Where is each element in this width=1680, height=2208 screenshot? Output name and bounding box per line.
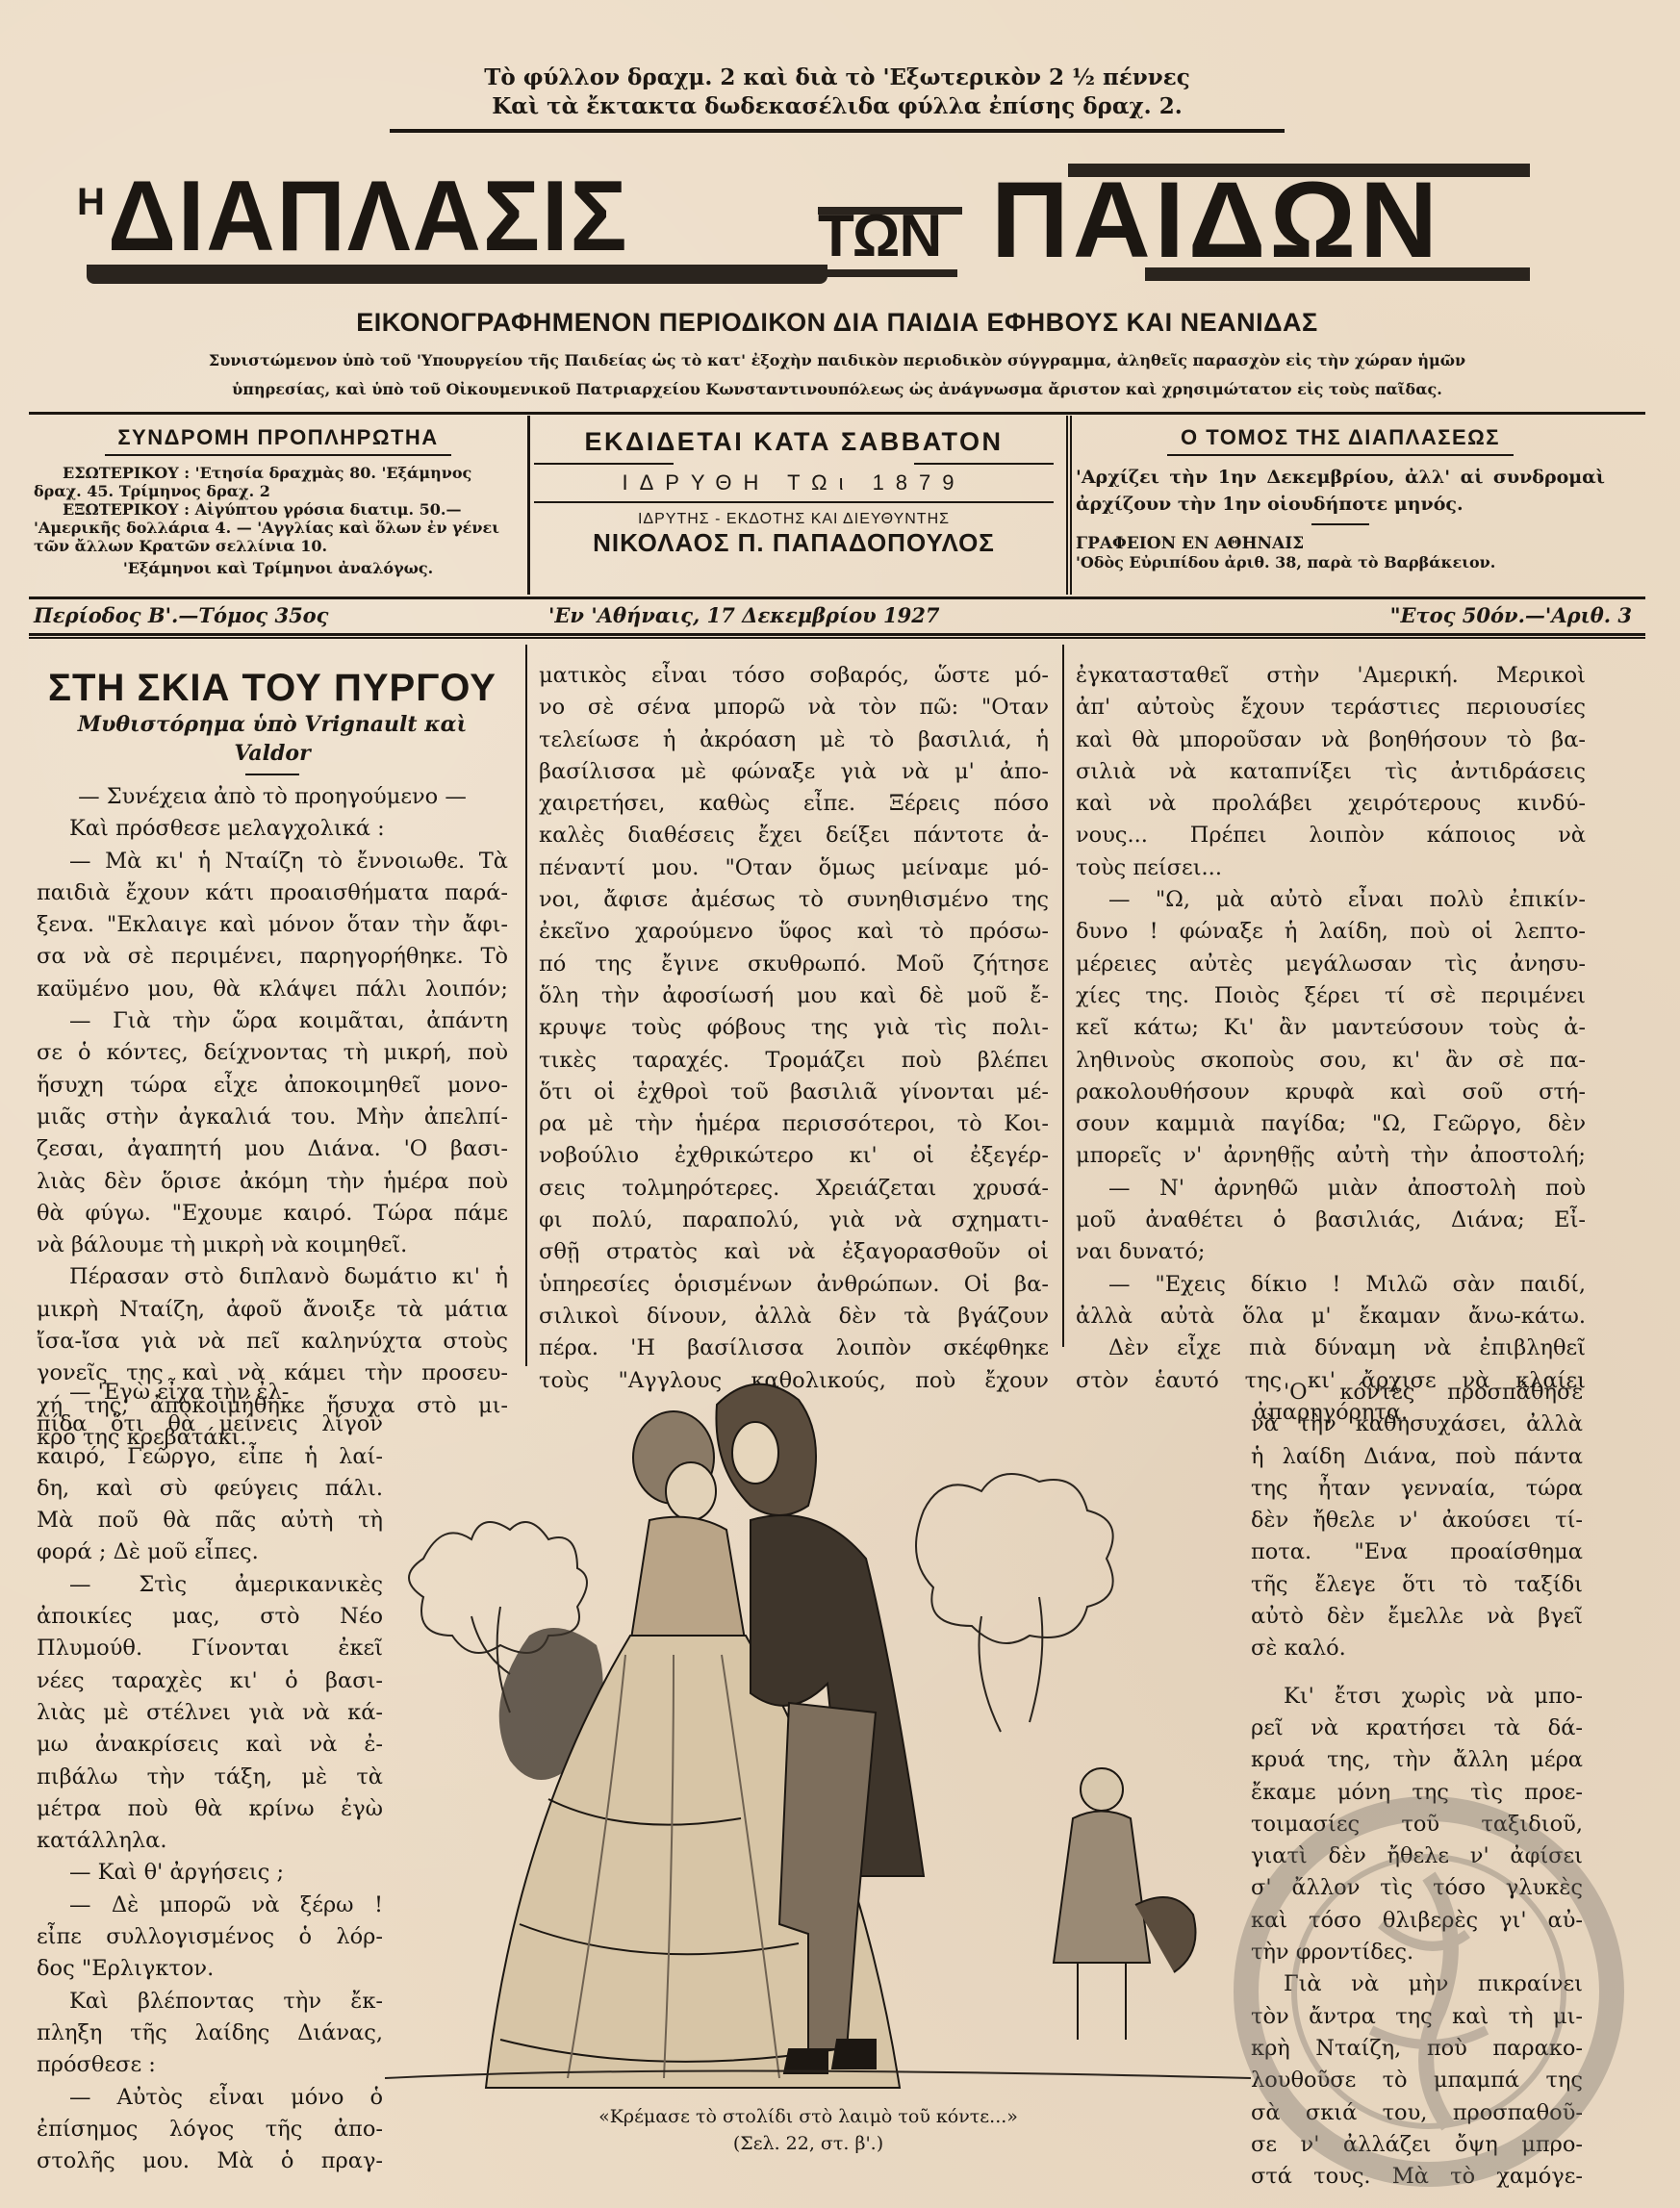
text-line: ὅτι οἱ ἐχθροὶ τοῦ βασιλιᾶ γίνονται μέ- — [539, 1077, 1049, 1108]
text-line: πληξη τῆς λαίδης Διάνας, — [37, 2018, 383, 2049]
text-line: φορά ; Δὲ μοῦ εἶπες. — [37, 1536, 383, 1568]
text-line: βασίλισσα μὲ φώναξε γιὰ νὰ μ' ἀπο- — [539, 756, 1049, 788]
illustration-caption: «Κρέμασε τὸ στολίδι στὸ λαιμὸ τοῦ κόντε.… — [520, 2103, 1097, 2157]
divider — [1167, 454, 1514, 456]
text-line: πό της ἔγινε σκυθρωπό. Μοῦ ζήτησε — [539, 949, 1049, 980]
text-line: ρα μὲ τὴν ἡμέρα περισσότεροι, τὸ Κοι- — [539, 1108, 1049, 1140]
story-column-3: ἐγκατασταθεῖ στὴν 'Αμερική. Μερικοὶ ἀπ' … — [1076, 660, 1586, 1429]
masthead-underbar — [87, 265, 827, 284]
text-line: — Γιὰ τὴν ὥρα κοιμᾶται, ἀπάντη — [37, 1005, 508, 1037]
text-line: ναι δυνατό; — [1076, 1236, 1586, 1268]
text-line: εἶπε συλλογισμένος ὁ λόρ- — [37, 1921, 383, 1953]
text-line: καὶ θὰ μποροῦσαν νὰ βοηθήσουν τὸ βα- — [1076, 724, 1586, 756]
divider — [29, 596, 1645, 599]
masthead-title-paidon: ΠΑΙΔΩΝ — [991, 164, 1441, 277]
masthead-article: Η — [77, 181, 103, 224]
column-divider — [1066, 416, 1072, 595]
caption-quote: «Κρέμασε τὸ στολίδι στὸ λαιμὸ τοῦ κόντε.… — [520, 2103, 1097, 2130]
recommendation: Συνιστώμενον ὑπὸ τοῦ 'Υπουργείου τῆς Παι… — [91, 346, 1583, 404]
text-line: — Αὐτὸς εἶναι μόνο ὁ — [37, 2082, 383, 2114]
subscription-domestic: ΕΣΩΤΕΡΙΚΟΥ : 'Ετησία δραχμὰς 80. 'Εξάμην… — [34, 464, 522, 482]
archive-stamp — [1227, 1789, 1631, 2194]
divider — [534, 501, 1054, 503]
text-line: μέτρα ποὺ θὰ κρίνω ἐγὼ — [37, 1793, 383, 1825]
text-line: — Μὰ κι' ἡ Νταίζη τὸ ἔννοιωθε. Τὰ — [37, 846, 508, 877]
text-line: καλὲς διαθέσεις ἔχει δείξει πάντοτε ἀ- — [539, 820, 1049, 851]
story-column-2: ματικὸς εἶναι τόσο σοβαρός, ὥστε μό- νο … — [539, 660, 1049, 1397]
office-heading: ΓΡΑΦΕΙΟΝ ΕΝ ΑΘΗΝΑΙΣ — [1076, 535, 1605, 553]
text-line: Πέρασαν στὸ διπλανὸ δωμάτιο κι' ἡ — [37, 1261, 508, 1293]
text-line: λιὰς μὲ στέλνει γιὰ νὰ κά- — [37, 1697, 383, 1729]
text-line: Μὰ ποῦ θὰ πᾶς αὐτὴ τὴ — [37, 1505, 383, 1536]
text-line: ἐκεῖνο χαρούμενο ὕφος καὶ τὸ πρόσω- — [539, 916, 1049, 948]
text-line: της ἦταν γενναία, τώρα — [1251, 1473, 1583, 1505]
text-line: πρόσθεσε : — [37, 2049, 383, 2081]
masthead-title-main: ΔΙΑΠΛΑΣΙΣ — [108, 164, 629, 269]
text-line: νὰ βάλουμε τὴ μικρὴ νὰ κοιμηθεῖ. — [37, 1230, 508, 1261]
text-line: κεῖ κάτω; Κι' ἂν μαντεύσουν τοὺς ἀ- — [1076, 1012, 1586, 1044]
text-line: λιὰς δὲν ὅρισε ἀκόμη τὴν ἡμέρα ποὺ — [37, 1166, 508, 1198]
text-line: σθῇ στρατὸς καὶ νὰ ἐξαγορασθοῦν οἱ — [539, 1236, 1049, 1268]
text-line: σιλικοὶ δίνουν, ἀλλὰ δὲν τὰ βγάζουν — [539, 1301, 1049, 1332]
subscription-note: 'Εξάμηνοι καὶ Τρίμηνοι ἀναλόγως. — [34, 559, 522, 577]
text-line: δὲν ἤθελε ν' ἀκούσει τί- — [1251, 1505, 1583, 1536]
text-line: ρακολουθήσουν κρυφὰ καὶ σοῦ στή- — [1076, 1077, 1586, 1108]
column-divider — [525, 645, 527, 1366]
divider — [390, 129, 1285, 133]
text-line: νὰ τὴν καθησυχάσει, ἀλλὰ — [1251, 1409, 1583, 1440]
text-line: Καὶ πρόσθεσε μελαγχολικά : — [37, 813, 508, 845]
text-line: Δὲν εἶχε πιὰ δύναμη νὰ ἐπιβληθεῖ — [1076, 1332, 1586, 1364]
text-line: ζεσαι, ἀγαπητή μου Διάνα. 'Ο βασι- — [37, 1133, 508, 1165]
text-line: φι πολύ, παραπολύ, γιὰ νὰ σχηματι- — [539, 1205, 1049, 1236]
text-line: νους... Πρέπει λοιπὸν κάποιος νὰ — [1076, 820, 1586, 851]
text-line: τοὺς πείσει... — [1076, 852, 1586, 884]
text-line: Πλυμούθ. Γίνονται ἐκεῖ — [37, 1633, 383, 1664]
text-line: σουν καμμιὰ παγίδα; "Ω, Γεῶργο, δὲν — [1076, 1108, 1586, 1140]
text-line: σα νὰ σὲ περιμένει, παρηγορήθηκε. Τὸ — [37, 941, 508, 973]
text-line: σε ὁ κόντες, δείχνοντας τὴ μικρή, ποὺ — [37, 1037, 508, 1069]
text-line: καιρό, Γεῶργο, εἶπε ἡ λαί- — [37, 1441, 383, 1473]
text-line: τελείωσε ἡ ἀκρόαση μὲ τὸ βασιλιά, ἡ — [539, 724, 1049, 756]
story-byline: Μυθιστόρημα ὑπὸ Vrignault καὶ Valdor — [37, 710, 508, 768]
story-column-1-lower: — 'Εγὼ εἶχα τὴν ἐλ- πίδα ὅτι θὰ μείνεις … — [37, 1377, 383, 2177]
text-line: χαιρετήσει, καθὼς εἶπε. Ξέρεις πόσο — [539, 788, 1049, 820]
price-notice: Τὸ φύλλον δραχμ. 2 καὶ διὰ τὸ 'Εξωτερικὸ… — [385, 63, 1289, 121]
subscription-heading: ΣΥΝΔΡΟΜΗ ΠΡΟΠΛΗΡΩΤΗΑ — [34, 425, 522, 450]
publication-heading: ΕΚΔΙΔΕΤΑΙ ΚΑΤΑ ΣΑΒΒΑΤΟΝ — [534, 427, 1054, 457]
text-line: ρεῖ νὰ κρατήσει τὰ δά- — [1251, 1713, 1583, 1744]
text-line: νέες ταραχὲς κι' ὁ βασι- — [37, 1665, 383, 1697]
text-line: Καὶ βλέποντας τὴν ἔκ- — [37, 1986, 383, 2018]
text-line: μπορεῖς ν' ἀρνηθῇς αὐτὴ τὴν ἀποστολή; — [1076, 1140, 1586, 1172]
text-line: μέρειες αὐτὲς μεγάλωσαν τὶς ἀνησυ- — [1076, 949, 1586, 980]
founder-role: ΙΔΡΥΤΗΣ - ΕΚΔΟΤΗΣ ΚΑΙ ΔΙΕΥΘΥΝΤΗΣ — [534, 511, 1054, 528]
text-line: 'Ο κόντες προσπάθησε — [1251, 1377, 1583, 1409]
text-line: — Καὶ θ' ἀργήσεις ; — [37, 1857, 383, 1889]
text-line: δος "Ερλιγκτον. — [37, 1953, 383, 1985]
text-line: ἡ λαίδη Διάνα, ποὺ πάντα — [1251, 1441, 1583, 1473]
publication-box: ΕΚΔΙΔΕΤΑΙ ΚΑΤΑ ΣΑΒΒΑΤΟΝ ΙΔΡΥΘΗ ΤΩι 1879 … — [534, 416, 1054, 596]
text-line: δυνο ! φώναξε ἡ λαίδη, ποὺ οἱ λεπτο- — [1076, 916, 1586, 948]
text-line: μικρὴ Νταίζη, ἀφοῦ ἄνοιξε τὰ μάτια — [37, 1294, 508, 1326]
column-divider — [527, 416, 530, 595]
text-line: νοβούλιο ἐχθρικώτερο κι' οἱ ἐξεγέρ- — [539, 1140, 1049, 1172]
column-divider — [1062, 645, 1064, 1347]
text-line: θὰ φύγω. "Εχουμε καιρό. Τώρα πάμε — [37, 1198, 508, 1230]
divider — [105, 454, 451, 456]
text-line: παιδιὰ ἔχουν κάτι προαισθήματα παρά- — [37, 877, 508, 909]
recommendation-line-1: Συνιστώμενον ὑπὸ τοῦ 'Υπουργείου τῆς Παι… — [91, 346, 1583, 375]
text-line: — Δὲ μπορῶ νὰ ξέρω ! — [37, 1890, 383, 1921]
issue-date: 'Εν 'Αθήναις, 17 Δεκεμβρίου 1927 — [548, 603, 940, 627]
text-line: στολῆς μου. Μὰ ὁ πραγ- — [37, 2145, 383, 2177]
masthead-subtitle: ΕΙΚΟΝΟΓΡΑΦΗΜΕΝΟΝ ΠΕΡΙΟΔΙΚΟΝ ΔΙΑ ΠΑΙΔΙΑ Ε… — [87, 308, 1588, 338]
text-line: καϋμένο μου, θὰ κλάψει πάλι λοιπόν; — [37, 974, 508, 1005]
story-title: ΣΤΗ ΣΚΙΑ ΤΟΥ ΠΥΡΓΟΥ — [37, 666, 508, 710]
issue-number: "Ετος 50όν.—'Αριθ. 3 — [1390, 603, 1632, 627]
text-line: — 'Εγὼ εἶχα τὴν ἐλ- — [37, 1377, 383, 1409]
office-address: 'Οδὸς Εὐριπίδου ἀριθ. 38, παρὰ τὸ Βαρβάκ… — [1076, 553, 1605, 571]
text-line: πίδα ὅτι θὰ μείνεις λίγον — [37, 1409, 383, 1440]
text-line: πιβάλω τὴν τάξη, μὲ τὰ — [37, 1762, 383, 1793]
founder-name: ΝΙΚΟΛΑΟΣ Π. ΠΑΠΑΔΟΠΟΥΛΟΣ — [534, 528, 1054, 558]
text-line: ποτα. "Ενα προαίσθημα — [1251, 1536, 1583, 1568]
founded-year: ΙΔΡΥΘΗ ΤΩι 1879 — [534, 465, 1054, 501]
text-line: χίες της. Ποιὸς ξέρει τί σὲ περιμένει — [1076, 980, 1586, 1012]
text-line: ληθινοὺς σκοποὺς σου, κι' ἂν σὲ πα- — [1076, 1045, 1586, 1077]
price-line-1: Τὸ φύλλον δραχμ. 2 καὶ διὰ τὸ 'Εξωτερικὸ… — [385, 63, 1289, 92]
price-line-2: Καὶ τὰ ἔκτακτα δωδεκασέλιδα φύλλα ἐπίσης… — [385, 92, 1289, 121]
text-line: νοι, ἄφισε ἀμέσως τὸ συνηθισμένο της — [539, 884, 1049, 916]
text-line: κρυά της, τὴν ἄλλη μέρα — [1251, 1744, 1583, 1776]
volume-heading: Ο ΤΟΜΟΣ ΤΗΣ ΔΙΑΠΛΑΣΕΩΣ — [1076, 425, 1605, 450]
text-line: — "Ω, μὰ αὐτὸ εἶναι πολὺ ἐπικίν- — [1076, 884, 1586, 916]
newspaper-page: Τὸ φύλλον δραχμ. 2 καὶ διὰ τὸ 'Εξωτερικὸ… — [0, 0, 1680, 2208]
subscription-foreign: ΕΞΩΤΕΡΙΚΟΥ : Αἰγύπτου γρόσια διατιμ. 50.… — [34, 500, 522, 519]
text-line: — "Εχεις δίκιο ! Μιλῶ σὰν παιδί, — [1076, 1269, 1586, 1301]
text-line: ἀπ' αὐτοὺς ἔχουν τεράστιες περιουσίες — [1076, 692, 1586, 723]
story-continued: — Συνέχεια ἀπὸ τὸ προηγούμενο — — [37, 781, 508, 813]
divider — [29, 633, 1645, 639]
text-line: ἐγκατασταθεῖ στὴν 'Αμερική. Μερικοὶ — [1076, 660, 1586, 692]
text-line: τῆς ἔλεγε ὅτι τὸ ταξίδι — [1251, 1569, 1583, 1601]
story-column-1: ΣΤΗ ΣΚΙΑ ΤΟΥ ΠΥΡΓΟΥ Μυθιστόρημα ὑπὸ Vrig… — [37, 664, 508, 1454]
text-line: πέρα. 'Η βασίλισσα λοιπὸν σκέφθηκε — [539, 1332, 1049, 1364]
text-line: ὑπηρεσίες ὁρισμένων ἀνθρώπων. Οἱ βα- — [539, 1269, 1049, 1301]
text-line: κατάλληλα. — [37, 1825, 383, 1857]
caption-reference: (Σελ. 22, στ. β'.) — [520, 2130, 1097, 2157]
dateline: Περίοδος Β'.—Τόμος 35ος 'Εν 'Αθήναις, 17… — [34, 601, 1636, 630]
divider — [1311, 523, 1369, 525]
text-line: αὐτὸ δὲν ἔμελλε νὰ βγεῖ — [1251, 1601, 1583, 1633]
subscription-box: ΣΥΝΔΡΟΜΗ ΠΡΟΠΛΗΡΩΤΗΑ ΕΣΩΤΕΡΙΚΟΥ : 'Ετησί… — [34, 416, 522, 596]
masthead-ton-bar — [823, 269, 957, 277]
text-line: νο σὲ σένα μπορῶ νὰ τὸν πῶ: "Οταν — [539, 692, 1049, 723]
text-line: ὅλη τὴν ἀφοσίωσή μου καὶ δὲ μοῦ ἔ- — [539, 980, 1049, 1012]
divider — [29, 412, 1645, 415]
text-line: ἀλλὰ αὐτὰ ὅλα μ' ἔκαμαν ἄνω-κάτω. — [1076, 1301, 1586, 1332]
text-line: ἴσα-ἴσα γιὰ νὰ πεῖ καληνύχτα στοὺς — [37, 1326, 508, 1358]
text-line: κρυψε τοὺς φόβους της γιὰ τὶς πολι- — [539, 1012, 1049, 1044]
text-line: καὶ νὰ προλάβει χειρότερους κινδύ- — [1076, 788, 1586, 820]
engraving-illustration — [385, 1366, 1251, 2097]
divider — [245, 774, 299, 775]
text-line: σεις τολμηρότερες. Χρειάζεται χρυσά- — [539, 1173, 1049, 1205]
recommendation-line-2: ὑπηρεσίας, καὶ ὑπὸ τοῦ Οἰκουμενικοῦ Πατρ… — [91, 375, 1583, 404]
text-line: — Στὶς ἀμερικανικὲς — [37, 1569, 383, 1601]
text-line: πέναντί μου. "Οταν ὅμως μείναμε μό- — [539, 852, 1049, 884]
text-line: ξενα. "Εκλαιγε καὶ μόνον ὅταν τὴν ἄφι- — [37, 909, 508, 941]
subscription-foreign-cont: τῶν ἄλλων Κρατῶν σελλίνια 10. — [34, 537, 522, 555]
text-line: σὲ καλό. — [1251, 1633, 1583, 1664]
text-line: μιᾶς στὴν ἀγκαλιά του. Μὴν ἀπελπί- — [37, 1102, 508, 1133]
text-line: ἥσυχη τώρα εἶχε ἀποκοιμηθεῖ μονο- — [37, 1070, 508, 1102]
subscription-domestic-cont: δραχ. 45. Τρίμηνος δραχ. 2 — [34, 482, 522, 500]
text-line: δη, καὶ σὺ φεύγεις πάλι. — [37, 1473, 383, 1505]
text-line: ἀποικίες μας, στὸ Νέο — [37, 1601, 383, 1633]
text-line: μω ἀνακρίσεις καὶ νὰ ἐ- — [37, 1729, 383, 1761]
text-line: μοῦ ἀναθέτει ὁ βασιλιάς, Διάνα; Εἶ- — [1076, 1205, 1586, 1236]
masthead: Η ΔΙΑΠΛΑΣΙΣ ΤΩΝ ΠΑΙΔΩΝ — [77, 164, 1540, 269]
text-line: Κι' ἔτσι χωρὶς νὰ μπο- — [1251, 1681, 1583, 1713]
text-line: — Ν' ἀρνηθῶ μιὰν ἀποστολὴ ποὺ — [1076, 1173, 1586, 1205]
masthead-title-ton: ΤΩΝ — [818, 202, 941, 270]
volume-text: 'Αρχίζει τὴν 1ην Δεκεμβρίου, ἀλλ' αἱ συν… — [1076, 464, 1605, 518]
masthead-paidon-bar — [1145, 267, 1530, 281]
text-line: ματικὸς εἶναι τόσο σοβαρός, ὥστε μό- — [539, 660, 1049, 692]
volume-box: Ο ΤΟΜΟΣ ΤΗΣ ΔΙΑΠΛΑΣΕΩΣ 'Αρχίζει τὴν 1ην … — [1076, 416, 1605, 596]
text-line: ἐπίσημος λόγος τῆς ἀπο- — [37, 2114, 383, 2145]
issue-period: Περίοδος Β'.—Τόμος 35ος — [34, 603, 328, 627]
subscription-text: ΕΣΩΤΕΡΙΚΟΥ : 'Ετησία δραχμὰς 80. 'Εξάμην… — [34, 464, 522, 577]
subscription-foreign-cont: 'Αμερικῆς δολλάρια 4. — 'Αγγλίας καὶ ὅλω… — [34, 519, 522, 537]
text-line: τικὲς ταραχές. Τρομάζει ποὺ βλέπει — [539, 1045, 1049, 1077]
text-line: σιλιὰ νὰ καταπνίξει τὶς ἀντιδράσεις — [1076, 756, 1586, 788]
